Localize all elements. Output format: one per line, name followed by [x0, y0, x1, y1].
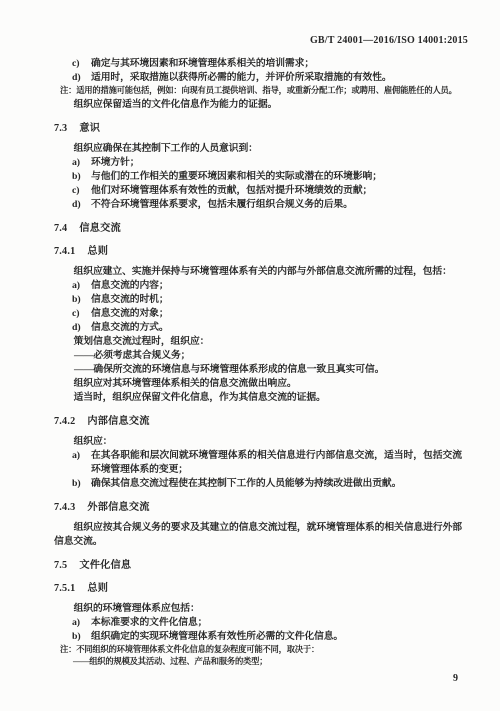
document-content: c)确定与其环境因素和环境管理体系相关的培训需求；d)适用时，采取措施以获得所必…: [54, 57, 462, 669]
section-number: 7.4.1: [54, 245, 75, 258]
section-title: 文件化信息: [79, 560, 131, 571]
paragraph: 组织应对其环境管理体系相关的信息交流做出响应。: [54, 377, 462, 391]
list-item: b)信息交流的时机；: [54, 293, 462, 307]
list-text: 组织确定的实现环境管理体系有效性所必需的文件化信息。: [91, 631, 343, 642]
list-item: a)在其各职能和层次间就环境管理体系的相关信息进行内部信息交流，适当时，包括交流…: [54, 449, 462, 477]
list-item: a)本标准要求的文件化信息；: [54, 616, 462, 630]
list-letter: b): [72, 170, 81, 184]
section-heading: 7.3意识: [54, 122, 462, 135]
list-item: b)确保其信息交流过程使在其控制下工作的人员能够为持续改进做出贡献。: [54, 477, 462, 491]
section-heading: 7.4.1总则: [54, 245, 462, 258]
list-letter: c): [72, 57, 79, 71]
list-letter: b): [72, 293, 81, 307]
page-number: 9: [453, 673, 458, 684]
note: 注：适用的措施可能包括，例如：向现有员工提供培训、指导，或重新分配工作；或聘用、…: [54, 85, 462, 98]
list-text: 他们对环境管理体系有效性的贡献，包括对提升环境绩效的贡献；: [91, 185, 372, 196]
section-number: 7.5: [54, 559, 67, 572]
list-letter: a): [72, 156, 80, 170]
list-letter: a): [72, 449, 80, 463]
running-header: GB/T 24001—2016/ISO 14001:2015: [310, 35, 468, 46]
section-title: 总则: [87, 246, 108, 257]
list-text: 确定与其环境因素和环境管理体系相关的培训需求；: [91, 58, 314, 69]
list-text: 环境方针；: [91, 157, 139, 168]
section-heading: 7.4.2内部信息交流: [54, 415, 462, 428]
list-text: 信息交流的内容；: [91, 280, 169, 291]
list-item: d)信息交流的方式。: [54, 321, 462, 335]
list-letter: a): [72, 616, 80, 630]
paragraph: 组织应：: [54, 435, 462, 449]
list-item: a)信息交流的内容；: [54, 279, 462, 293]
section-heading: 7.4信息交流: [54, 222, 462, 235]
paragraph: 策划信息交流过程时，组织应：: [54, 335, 462, 349]
list-text: 信息交流的时机；: [91, 294, 169, 305]
section-title: 外部信息交流: [87, 502, 149, 513]
list-text: 信息交流的方式。: [91, 322, 169, 333]
paragraph: 组织应建立、实施并保持与环境管理体系有关的内部与外部信息交流所需的过程，包括：: [54, 265, 462, 279]
section-number: 7.3: [54, 122, 67, 135]
list-item: d)适用时，采取措施以获得所必需的能力，并评价所采取措施的有效性。: [54, 71, 462, 85]
list-letter: c): [72, 307, 79, 321]
section-title: 内部信息交流: [87, 416, 149, 427]
paragraph: 适当时，组织应保留文件化信息，作为其信息交流的证据。: [54, 391, 462, 405]
section-title: 总则: [87, 583, 108, 594]
section-heading: 7.5.1总则: [54, 582, 462, 595]
list-text: 与他们的工作相关的重要环境因素和相关的实际或潜在的环境影响；: [91, 171, 382, 182]
list-item: d)不符合环境管理体系要求，包括未履行组织合规义务的后果。: [54, 198, 462, 212]
list-letter: b): [72, 630, 81, 644]
section-title: 信息交流: [79, 223, 121, 234]
dash-item: ——确保所交流的环境信息与环境管理体系形成的信息一致且真实可信。: [54, 363, 462, 377]
list-text: 不符合环境管理体系要求，包括未履行组织合规义务的后果。: [91, 199, 353, 210]
list-text: 适用时，采取措施以获得所必需的能力，并评价所采取措施的有效性。: [91, 72, 392, 83]
list-item: c)他们对环境管理体系有效性的贡献，包括对提升环境绩效的贡献；: [54, 184, 462, 198]
section-number: 7.4: [54, 222, 67, 235]
section-heading: 7.4.3外部信息交流: [54, 501, 462, 514]
paragraph: 组织应保留适当的文件化信息作为能力的证据。: [54, 98, 462, 112]
paragraph: 组织应确保在其控制下工作的人员意识到：: [54, 142, 462, 156]
list-text: 本标准要求的文件化信息；: [91, 617, 207, 628]
dash-item: ——必须考虑其合规义务；: [54, 349, 462, 363]
list-letter: d): [72, 198, 81, 212]
section-heading: 7.5文件化信息: [54, 559, 462, 572]
list-letter: d): [72, 71, 81, 85]
paragraph: 组织的环境管理体系应包括：: [54, 602, 462, 616]
list-item: c)确定与其环境因素和环境管理体系相关的培训需求；: [54, 57, 462, 71]
list-text: 信息交流的对象；: [91, 308, 169, 319]
list-text: 在其各职能和层次间就环境管理体系的相关信息进行内部信息交流，适当时，包括交流环境…: [91, 450, 462, 475]
note: 注：不同组织的环境管理体系文件化信息的复杂程度可能不同，取决于：: [54, 644, 462, 657]
list-item: b)组织确定的实现环境管理体系有效性所必需的文件化信息。: [54, 630, 462, 644]
section-title: 意识: [79, 123, 100, 134]
list-text: 确保其信息交流过程使在其控制下工作的人员能够为持续改进做出贡献。: [91, 478, 401, 489]
document-page: GB/T 24001—2016/ISO 14001:2015 c)确定与其环境因…: [0, 0, 500, 711]
list-item: b)与他们的工作相关的重要环境因素和相关的实际或潜在的环境影响；: [54, 170, 462, 184]
paragraph: 组织应按其合规义务的要求及其建立的信息交流过程，就环境管理体系的相关信息进行外部…: [54, 521, 462, 549]
note-dash-item: ——组织的规模及其活动、过程、产品和服务的类型；: [54, 656, 462, 669]
list-letter: c): [72, 184, 79, 198]
list-item: c)信息交流的对象；: [54, 307, 462, 321]
section-number: 7.4.3: [54, 501, 75, 514]
list-letter: d): [72, 321, 81, 335]
section-number: 7.4.2: [54, 415, 75, 428]
list-letter: a): [72, 279, 80, 293]
list-letter: b): [72, 477, 81, 491]
list-item: a)环境方针；: [54, 156, 462, 170]
section-number: 7.5.1: [54, 582, 75, 595]
